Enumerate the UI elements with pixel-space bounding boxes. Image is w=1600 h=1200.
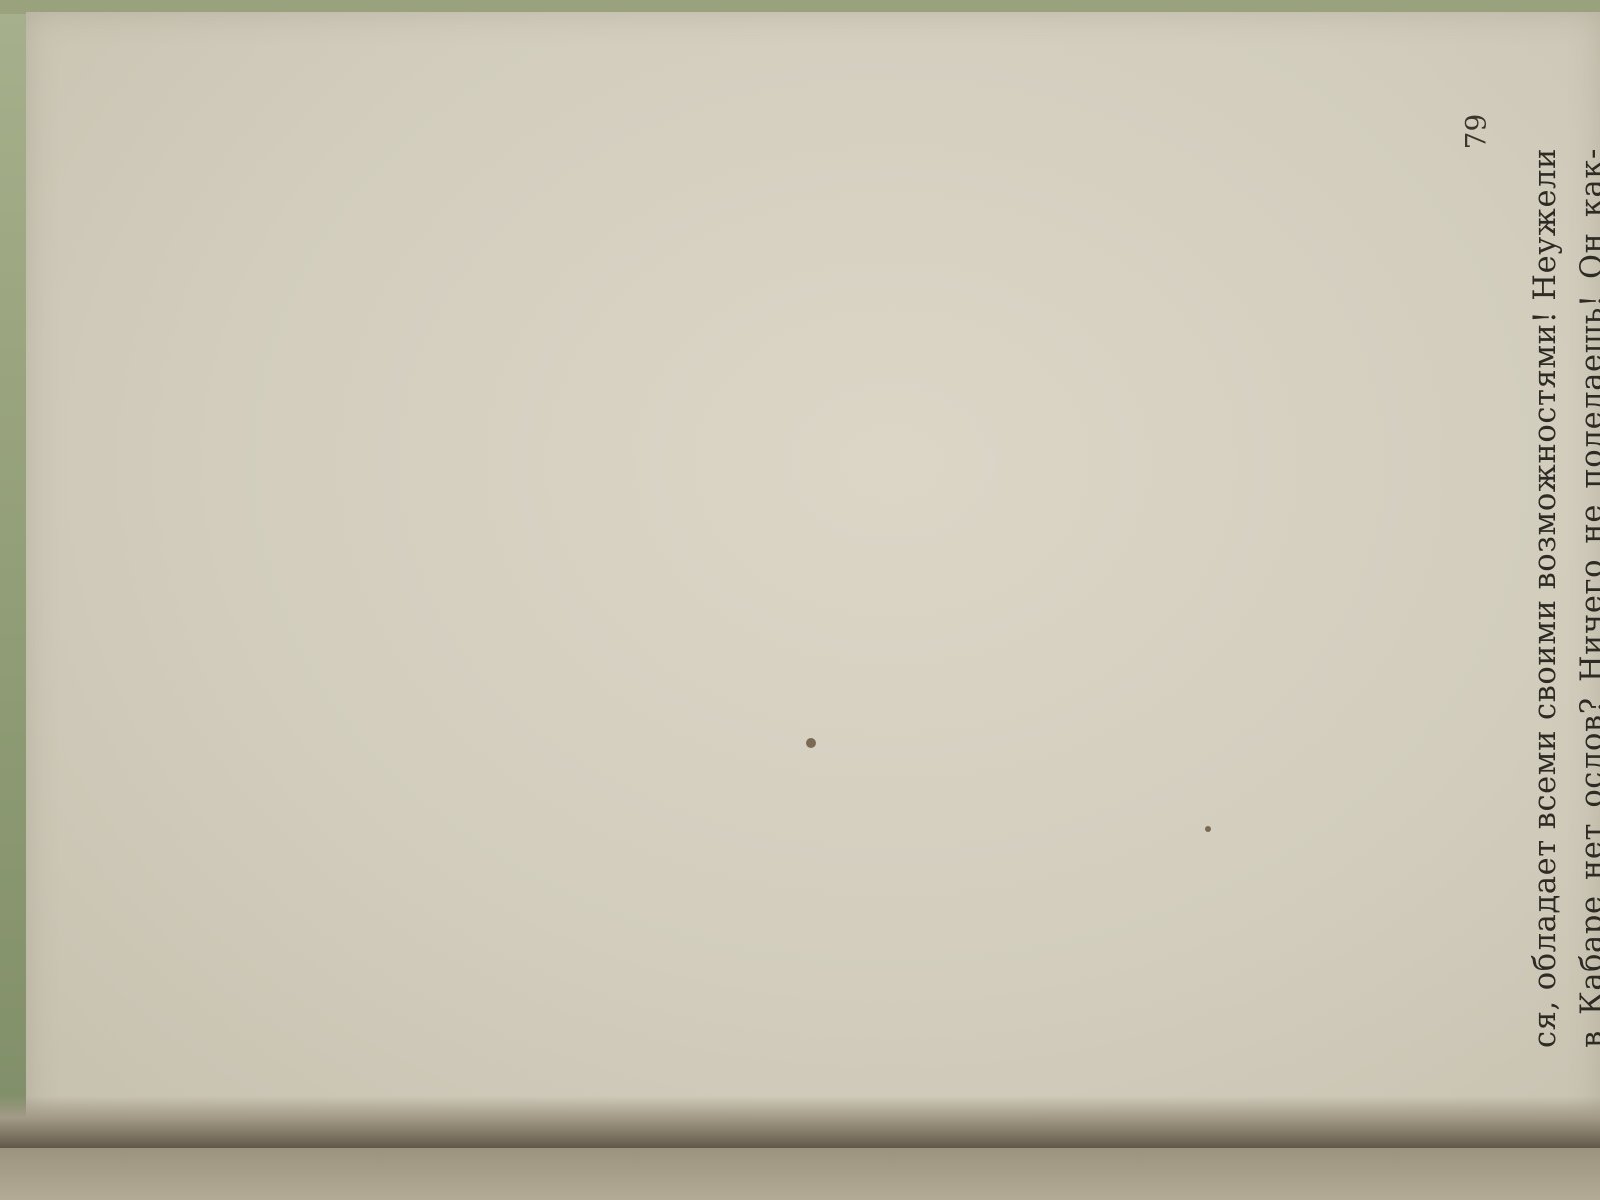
word: Неужели xyxy=(1522,148,1569,301)
word: как- xyxy=(1569,148,1600,217)
word: поделаешь! xyxy=(1569,294,1600,488)
word: всеми xyxy=(1522,730,1569,829)
page-text: ся,обладаетвсемисвоимивозможностями!Неуж… xyxy=(1522,148,1600,1048)
paper-speck xyxy=(1205,826,1211,832)
word: ослов? xyxy=(1569,697,1600,807)
word: обладает xyxy=(1522,839,1569,990)
word: не xyxy=(1569,504,1600,544)
page-number: 79 xyxy=(1459,114,1492,150)
text-line: ся,обладаетвсемисвоимивозможностями!Неуж… xyxy=(1522,148,1569,1048)
word: Ничего xyxy=(1569,559,1600,682)
word: ся, xyxy=(1522,1000,1569,1048)
book-photo: 79 ся,обладаетвсемисвоимивозможностями!Н… xyxy=(0,0,1600,1200)
word: Кабаре xyxy=(1569,895,1600,1015)
word: в xyxy=(1569,1030,1600,1048)
word: возможностями! xyxy=(1522,311,1569,590)
paper-speck xyxy=(806,738,816,748)
word: своими xyxy=(1522,599,1569,720)
book-gutter-shadow xyxy=(0,1096,1600,1150)
facing-page-edge xyxy=(0,1148,1600,1200)
book-page xyxy=(26,12,1600,1140)
word: Он xyxy=(1569,232,1600,279)
text-line: вКабаренетослов?Ничегонеподелаешь!Онкак- xyxy=(1569,148,1600,1048)
word: нет xyxy=(1569,823,1600,880)
